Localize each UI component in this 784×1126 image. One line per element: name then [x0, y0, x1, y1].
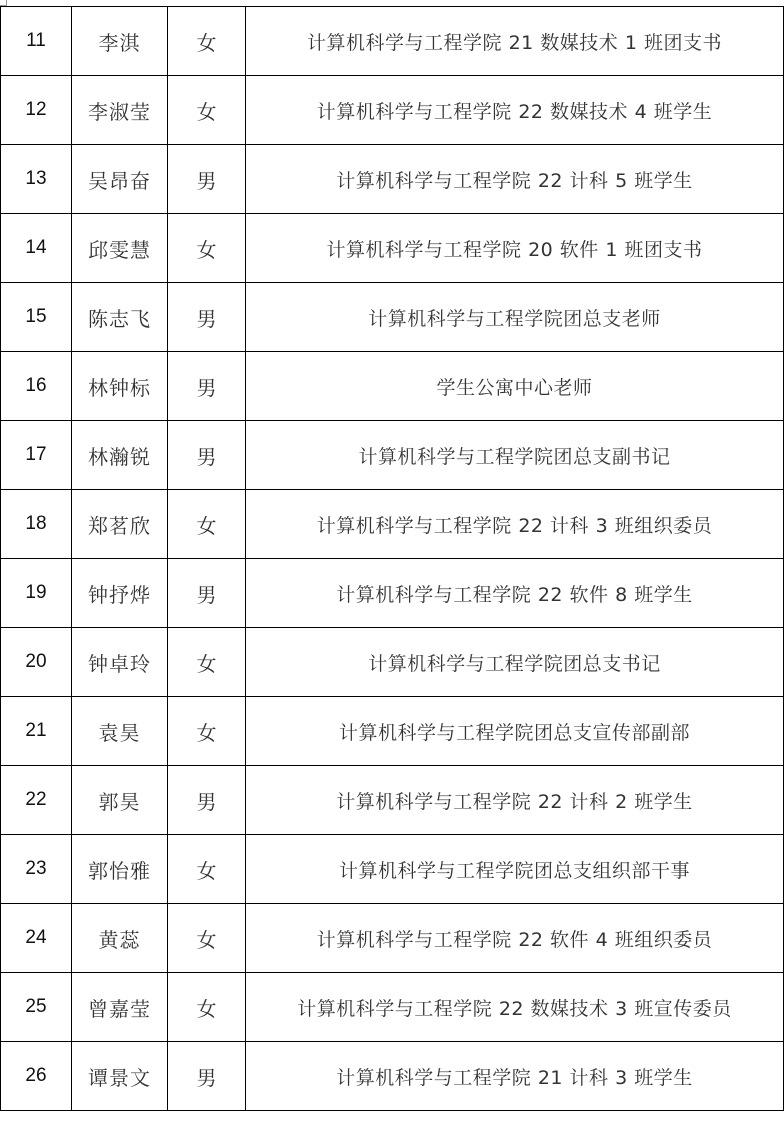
row-number: 21	[1, 697, 72, 766]
person-name: 林瀚锐	[72, 421, 168, 490]
row-number: 22	[1, 766, 72, 835]
gender: 女	[168, 214, 246, 283]
role-description: 计算机科学与工程学院团总支宣传部副部	[246, 697, 784, 766]
row-number: 13	[1, 145, 72, 214]
table-row: 21 袁昊 女 计算机科学与工程学院团总支宣传部副部	[1, 697, 784, 766]
row-number: 19	[1, 559, 72, 628]
gender: 女	[168, 76, 246, 145]
gender: 女	[168, 628, 246, 697]
table-row: 13 吴昂奋 男 计算机科学与工程学院 22 计科 5 班学生	[1, 145, 784, 214]
table-row: 25 曾嘉莹 女 计算机科学与工程学院 22 数媒技术 3 班宣传委员	[1, 973, 784, 1042]
table-row: 22 郭昊 男 计算机科学与工程学院 22 计科 2 班学生	[1, 766, 784, 835]
table-row: 11 李淇 女 计算机科学与工程学院 21 数媒技术 1 班团支书	[1, 7, 784, 76]
table-row: 17 林瀚锐 男 计算机科学与工程学院团总支副书记	[1, 421, 784, 490]
table-row: 24 黄蕊 女 计算机科学与工程学院 22 软件 4 班组织委员	[1, 904, 784, 973]
row-number: 18	[1, 490, 72, 559]
table-row: 14 邱雯慧 女 计算机科学与工程学院 20 软件 1 班团支书	[1, 214, 784, 283]
person-name: 郑茗欣	[72, 490, 168, 559]
roster-table: 11 李淇 女 计算机科学与工程学院 21 数媒技术 1 班团支书 12 李淑莹…	[0, 6, 784, 1111]
person-name: 李淑莹	[72, 76, 168, 145]
table-row: 20 钟卓玲 女 计算机科学与工程学院团总支书记	[1, 628, 784, 697]
role-description: 计算机科学与工程学院团总支组织部干事	[246, 835, 784, 904]
gender: 女	[168, 904, 246, 973]
person-name: 曾嘉莹	[72, 973, 168, 1042]
role-description: 计算机科学与工程学院 22 计科 2 班学生	[246, 766, 784, 835]
role-description: 学生公寓中心老师	[246, 352, 784, 421]
role-description: 计算机科学与工程学院 22 计科 5 班学生	[246, 145, 784, 214]
table-row: 18 郑茗欣 女 计算机科学与工程学院 22 计科 3 班组织委员	[1, 490, 784, 559]
row-number: 15	[1, 283, 72, 352]
gender: 女	[168, 7, 246, 76]
row-number: 23	[1, 835, 72, 904]
row-number: 12	[1, 76, 72, 145]
person-name: 谭景文	[72, 1042, 168, 1111]
role-description: 计算机科学与工程学院 22 计科 3 班组织委员	[246, 490, 784, 559]
row-number: 11	[1, 7, 72, 76]
row-number: 14	[1, 214, 72, 283]
gender: 男	[168, 559, 246, 628]
role-description: 计算机科学与工程学院 21 计科 3 班学生	[246, 1042, 784, 1111]
person-name: 陈志飞	[72, 283, 168, 352]
table-row: 16 林钟标 男 学生公寓中心老师	[1, 352, 784, 421]
role-description: 计算机科学与工程学院团总支老师	[246, 283, 784, 352]
gender: 女	[168, 490, 246, 559]
row-number: 24	[1, 904, 72, 973]
gender: 男	[168, 1042, 246, 1111]
role-description: 计算机科学与工程学院 22 软件 8 班学生	[246, 559, 784, 628]
table-row: 15 陈志飞 男 计算机科学与工程学院团总支老师	[1, 283, 784, 352]
row-number: 20	[1, 628, 72, 697]
role-description: 计算机科学与工程学院 20 软件 1 班团支书	[246, 214, 784, 283]
person-name: 钟卓玲	[72, 628, 168, 697]
person-name: 黄蕊	[72, 904, 168, 973]
row-number: 25	[1, 973, 72, 1042]
table-row: 19 钟抒烨 男 计算机科学与工程学院 22 软件 8 班学生	[1, 559, 784, 628]
row-number: 17	[1, 421, 72, 490]
person-name: 钟抒烨	[72, 559, 168, 628]
person-name: 林钟标	[72, 352, 168, 421]
gender: 女	[168, 973, 246, 1042]
gender: 男	[168, 352, 246, 421]
gender: 男	[168, 766, 246, 835]
table-row: 26 谭景文 男 计算机科学与工程学院 21 计科 3 班学生	[1, 1042, 784, 1111]
person-name: 邱雯慧	[72, 214, 168, 283]
person-name: 郭怡雅	[72, 835, 168, 904]
gender: 女	[168, 835, 246, 904]
person-name: 吴昂奋	[72, 145, 168, 214]
table-row: 12 李淑莹 女 计算机科学与工程学院 22 数媒技术 4 班学生	[1, 76, 784, 145]
row-number: 26	[1, 1042, 72, 1111]
person-name: 袁昊	[72, 697, 168, 766]
role-description: 计算机科学与工程学院 21 数媒技术 1 班团支书	[246, 7, 784, 76]
gender: 男	[168, 421, 246, 490]
gender: 男	[168, 283, 246, 352]
role-description: 计算机科学与工程学院 22 软件 4 班组织委员	[246, 904, 784, 973]
role-description: 计算机科学与工程学院团总支副书记	[246, 421, 784, 490]
role-description: 计算机科学与工程学院 22 数媒技术 3 班宣传委员	[246, 973, 784, 1042]
row-number: 16	[1, 352, 72, 421]
gender: 男	[168, 145, 246, 214]
role-description: 计算机科学与工程学院团总支书记	[246, 628, 784, 697]
person-name: 郭昊	[72, 766, 168, 835]
person-name: 李淇	[72, 7, 168, 76]
table-row: 23 郭怡雅 女 计算机科学与工程学院团总支组织部干事	[1, 835, 784, 904]
gender: 女	[168, 697, 246, 766]
role-description: 计算机科学与工程学院 22 数媒技术 4 班学生	[246, 76, 784, 145]
